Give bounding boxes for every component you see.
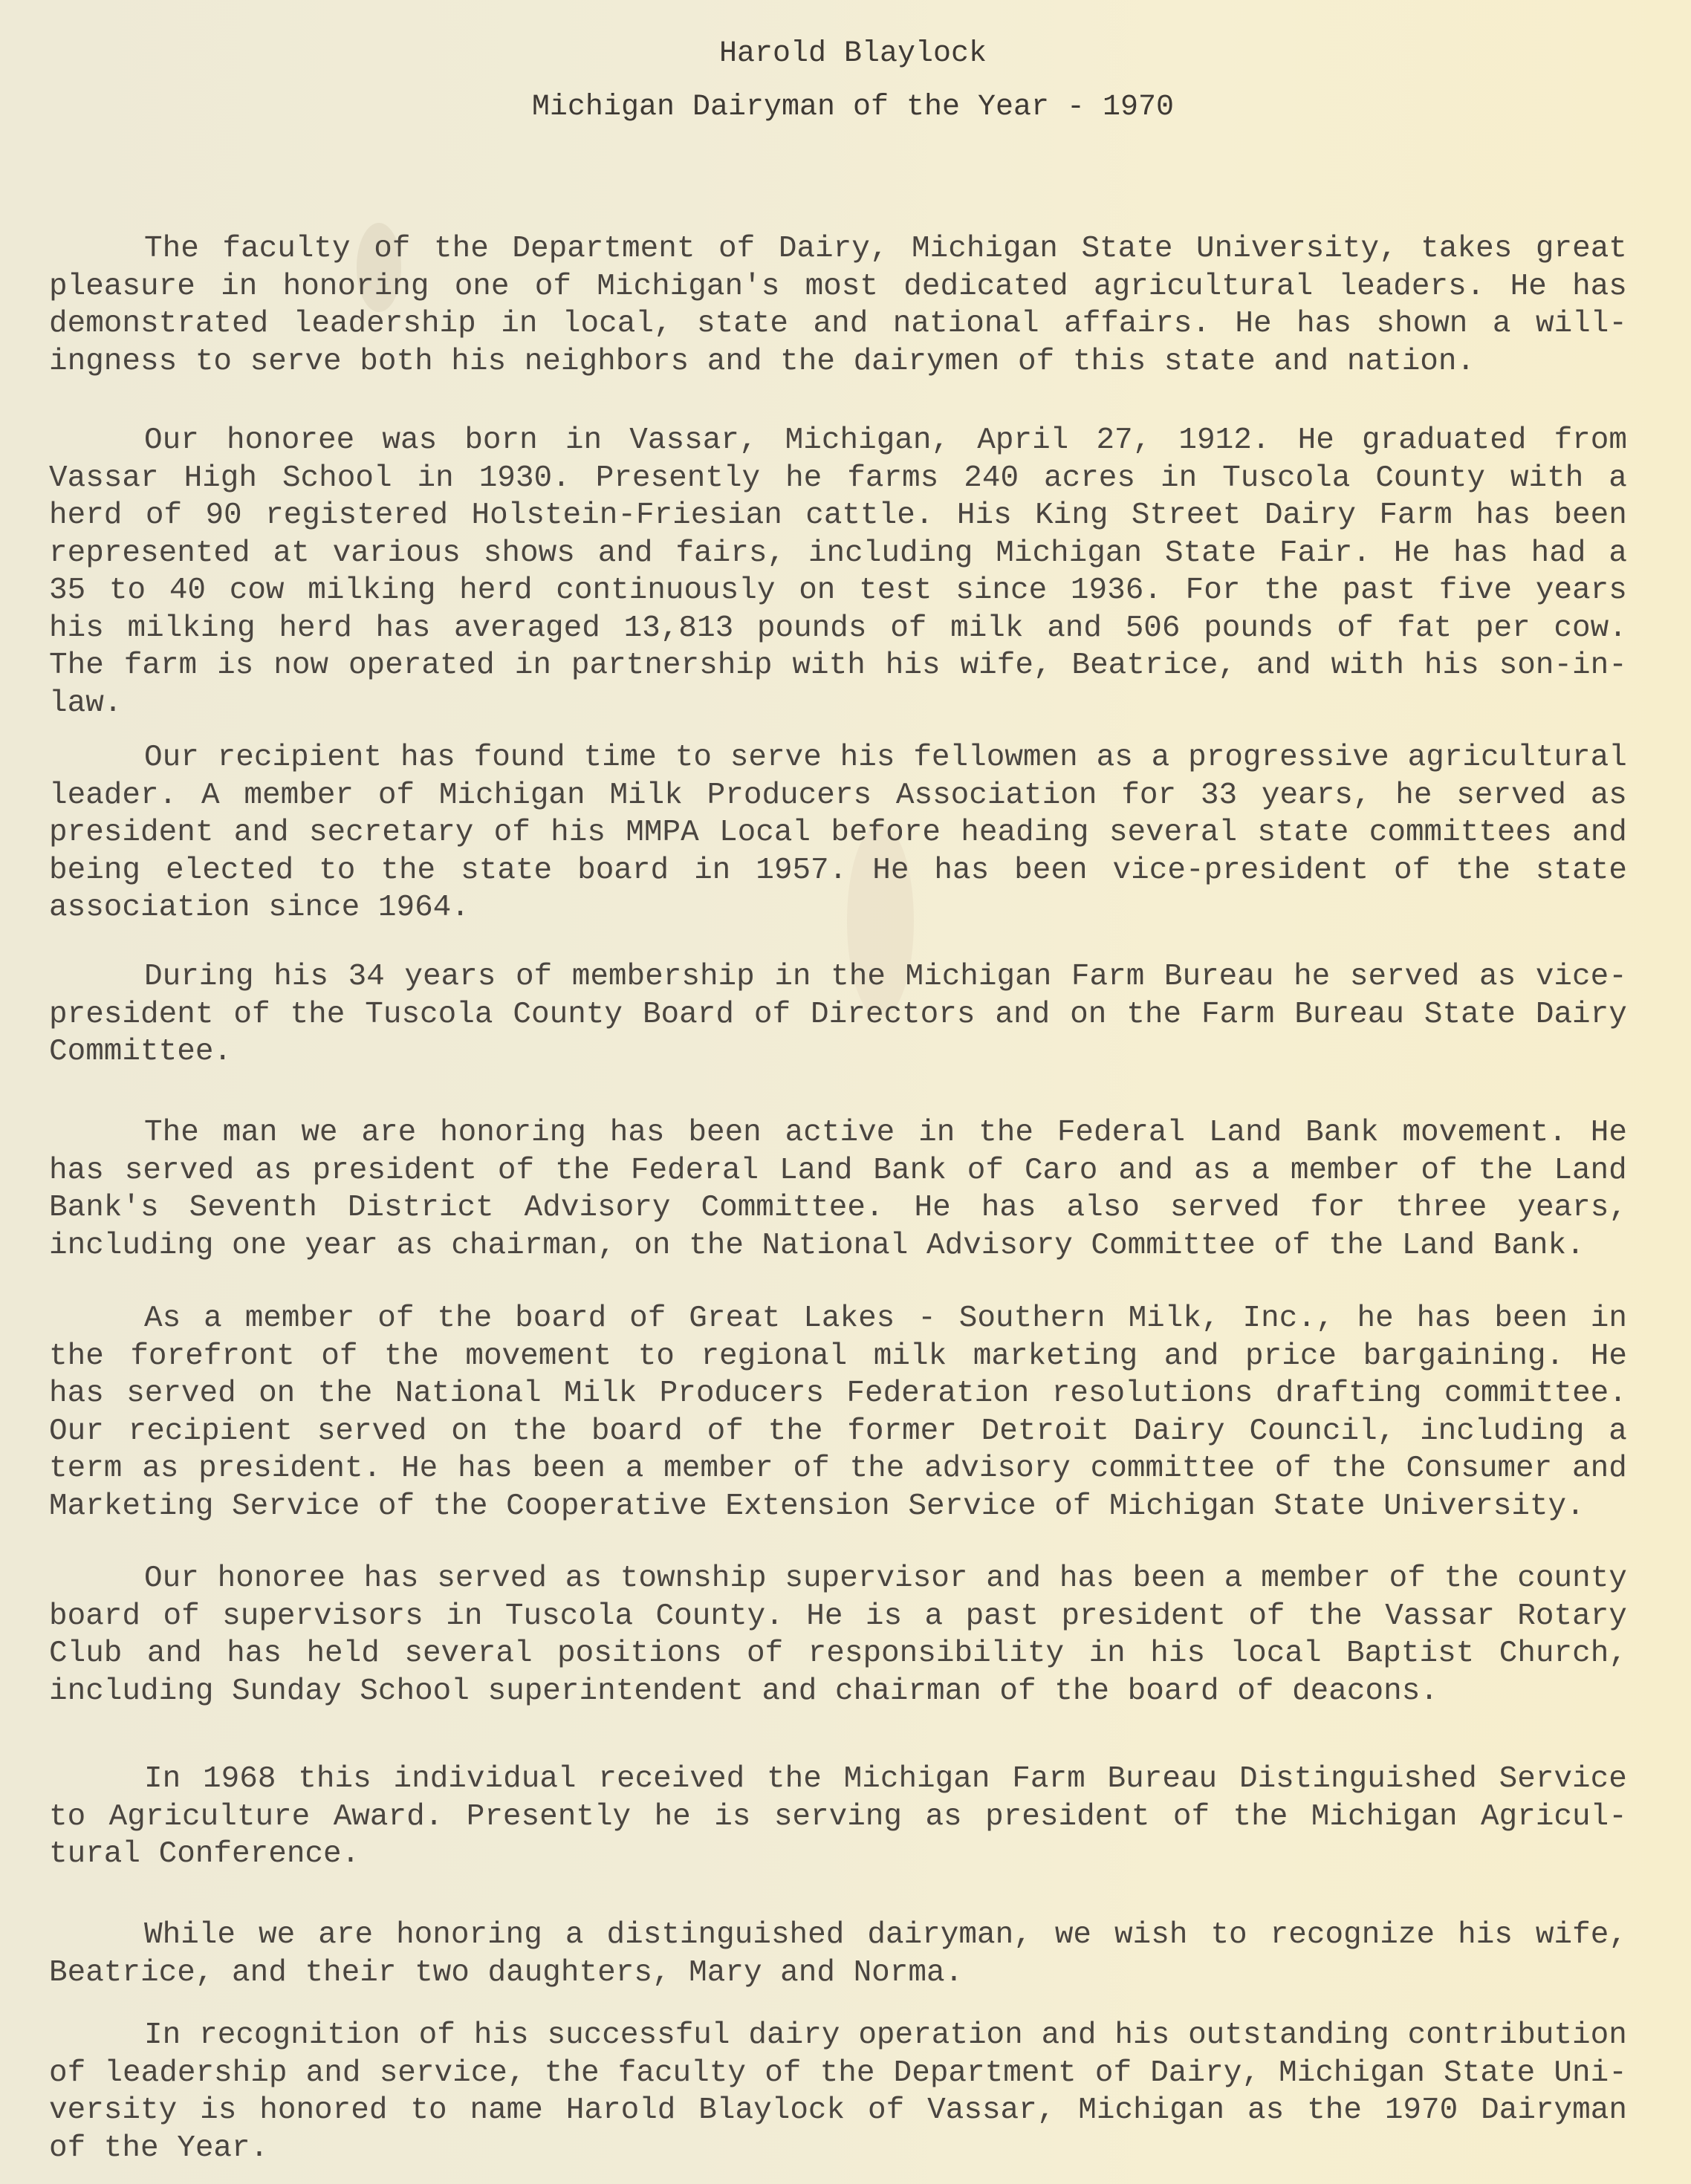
text-line: OurhonoreewasborninVassar,Michigan,April… (49, 422, 1627, 460)
text-line: In1968thisindividualreceivedtheMichiganF… (49, 1761, 1627, 1798)
text-line: AsamemberoftheboardofGreatLakes-Southern… (49, 1300, 1627, 1338)
text-line: hismilkingherdhasaveraged13,813poundsofm… (49, 610, 1627, 648)
paragraph: Ourhonoreehasservedastownshipsupervisora… (49, 1560, 1627, 1710)
text-line: hasservedaspresidentoftheFederalLandBank… (49, 1152, 1627, 1190)
text-line: Duringhis34yearsofmembershipintheMichiga… (49, 958, 1627, 996)
text-line: tural Conference. (49, 1836, 1627, 1873)
text-line: boardofsupervisorsinTuscolaCounty.Heisap… (49, 1598, 1627, 1636)
text-line: theforefrontofthemovementtoregionalmilkm… (49, 1338, 1627, 1376)
paragraph: Whilewearehonoringadistinguisheddairyman… (49, 1917, 1627, 1992)
paragraph: In1968thisindividualreceivedtheMichiganF… (49, 1761, 1627, 1873)
text-line: Clubandhasheldseveralpositionsofresponsi… (49, 1635, 1627, 1673)
text-line: VassarHighSchoolin1930.Presentlyhefarms2… (49, 460, 1627, 498)
text-line: pleasureinhonoringoneofMichigan'smostded… (49, 268, 1627, 306)
text-line: presidentoftheTuscolaCountyBoardofDirect… (49, 996, 1627, 1034)
text-line: Ourrecipienthasfoundtimetoservehisfellow… (49, 739, 1627, 777)
paragraph: Inrecognitionofhissuccessfuldairyoperati… (49, 2017, 1627, 2167)
text-line: beingelectedtothestateboardin1957.Hehasb… (49, 852, 1627, 890)
text-line: Beatrice, and their two daughters, Mary … (49, 1954, 1627, 1992)
paragraph: AsamemberoftheboardofGreatLakes-Southern… (49, 1300, 1627, 1525)
text-line: law. (49, 685, 1627, 723)
text-line: leader.AmemberofMichiganMilkProducersAss… (49, 777, 1627, 815)
document-subtitle: Michigan Dairyman of the Year - 1970 (0, 91, 1691, 124)
text-line: 35to40cowmilkingherdcontinuouslyontestsi… (49, 572, 1627, 610)
text-line: toAgricultureAward.Presentlyheisservinga… (49, 1798, 1627, 1836)
text-line: ThefacultyoftheDepartmentofDairy,Michiga… (49, 230, 1627, 268)
document-title: Harold Blaylock (0, 37, 1691, 71)
text-line: ofleadershipandservice,thefacultyoftheDe… (49, 2055, 1627, 2093)
text-line: Committee. (49, 1033, 1627, 1071)
text-line: versityishonoredtonameHaroldBlaylockofVa… (49, 2092, 1627, 2130)
text-line: Whilewearehonoringadistinguisheddairyman… (49, 1917, 1627, 1954)
text-line: Thefarmisnowoperatedinpartnershipwithhis… (49, 647, 1627, 685)
text-line: hasservedontheNationalMilkProducersFeder… (49, 1375, 1627, 1413)
text-line: including one year as chairman, on the N… (49, 1227, 1627, 1265)
text-line: OurrecipientservedontheboardoftheformerD… (49, 1413, 1627, 1451)
text-line: association since 1964. (49, 889, 1627, 927)
text-line: including Sunday School superintendent a… (49, 1673, 1627, 1711)
text-line: presidentandsecretaryofhisMMPALocalbefor… (49, 814, 1627, 852)
text-line: Ourhonoreehasservedastownshipsupervisora… (49, 1560, 1627, 1598)
paragraph: OurhonoreewasborninVassar,Michigan,April… (49, 422, 1627, 722)
paragraph: Duringhis34yearsofmembershipintheMichiga… (49, 958, 1627, 1071)
text-line: demonstratedleadershipinlocal,stateandna… (49, 305, 1627, 343)
text-line: Marketing Service of the Cooperative Ext… (49, 1488, 1627, 1526)
text-line: Inrecognitionofhissuccessfuldairyoperati… (49, 2017, 1627, 2055)
text-line: herdof90registeredHolstein-Friesiancattl… (49, 497, 1627, 535)
paragraph: Ourrecipienthasfoundtimetoservehisfellow… (49, 739, 1627, 927)
text-line: representedatvariousshowsandfairs,includ… (49, 535, 1627, 573)
document-page: Harold Blaylock Michigan Dairyman of the… (0, 0, 1691, 2184)
text-line: ThemanwearehonoringhasbeenactiveintheFed… (49, 1114, 1627, 1152)
text-line: termaspresident.Hehasbeenamemberoftheadv… (49, 1450, 1627, 1488)
text-line: of the Year. (49, 2130, 1627, 2168)
text-line: ingness to serve both his neighbors and … (49, 343, 1627, 381)
text-line: Bank'sSeventhDistrictAdvisoryCommittee.H… (49, 1189, 1627, 1227)
paragraph: ThemanwearehonoringhasbeenactiveintheFed… (49, 1114, 1627, 1264)
paragraph: ThefacultyoftheDepartmentofDairy,Michiga… (49, 230, 1627, 380)
